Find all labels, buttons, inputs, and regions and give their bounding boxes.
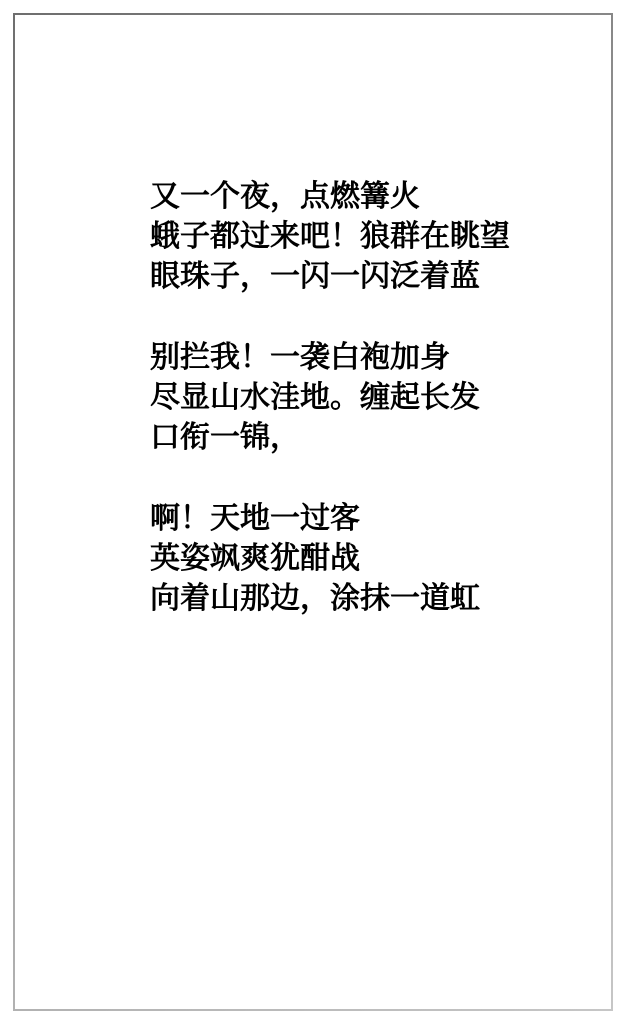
poem-stanza-3: 啊！天地一过客 英姿飒爽犹酣战 向着山那边，涂抹一道虹 xyxy=(150,499,510,619)
poem-line: 蛾子都过来吧！狼群在眺望 xyxy=(150,217,510,257)
poem-stanza-1: 又一个夜，点燃篝火 蛾子都过来吧！狼群在眺望 眼珠子，一闪一闪泛着蓝 xyxy=(150,177,510,297)
poem-stanza-2: 别拦我！一袭白袍加身 尽显山水洼地。缠起长发 口衔一锦， xyxy=(150,338,510,458)
page-frame: 又一个夜，点燃篝火 蛾子都过来吧！狼群在眺望 眼珠子，一闪一闪泛着蓝 别拦我！一… xyxy=(13,13,613,1011)
poem-line: 别拦我！一袭白袍加身 xyxy=(150,338,510,378)
poem-line: 英姿飒爽犹酣战 xyxy=(150,539,510,579)
poem-line: 尽显山水洼地。缠起长发 xyxy=(150,378,510,418)
poem-line: 向着山那边，涂抹一道虹 xyxy=(150,579,510,619)
poem-line: 啊！天地一过客 xyxy=(150,499,510,539)
poem-line: 又一个夜，点燃篝火 xyxy=(150,177,510,217)
poem-text: 又一个夜，点燃篝火 蛾子都过来吧！狼群在眺望 眼珠子，一闪一闪泛着蓝 别拦我！一… xyxy=(150,177,510,619)
poem-line: 口衔一锦， xyxy=(150,418,510,458)
document-page: 又一个夜，点燃篝火 蛾子都过来吧！狼群在眺望 眼珠子，一闪一闪泛着蓝 别拦我！一… xyxy=(15,15,611,1009)
poem-line: 眼珠子，一闪一闪泛着蓝 xyxy=(150,257,510,297)
